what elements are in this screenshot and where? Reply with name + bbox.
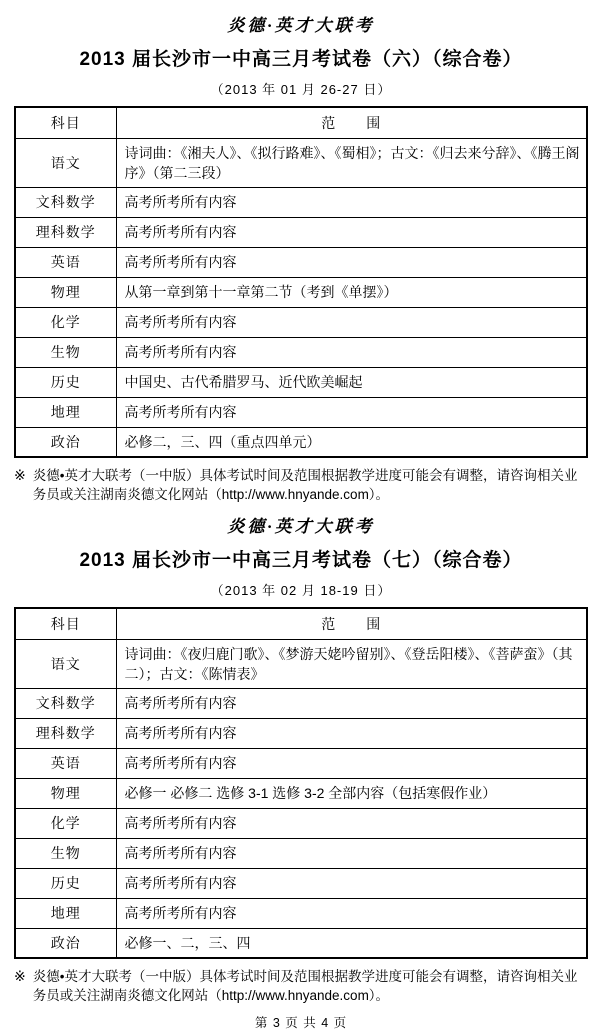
table-row: 化学高考所考所有内容 bbox=[15, 307, 587, 337]
subject-cell: 地理 bbox=[15, 898, 116, 928]
footnote-text: 炎德•英才大联考（一中版）具体考试时间及范围根据教学进度可能会有调整，请咨询相关… bbox=[33, 967, 588, 1005]
table-row: 语文诗词曲：《夜归鹿门歌》、《梦游天姥吟留别》、《登岳阳楼》、《菩萨蛮》（其二）… bbox=[15, 639, 587, 688]
table-row: 历史高考所考所有内容 bbox=[15, 868, 587, 898]
reference-mark-icon: ※ bbox=[14, 466, 26, 504]
subject-cell: 语文 bbox=[15, 639, 116, 688]
scope-cell: 高考所考所有内容 bbox=[116, 397, 587, 427]
exam-section-7: 炎德·英才大联考 2013 届长沙市一中高三月考试卷（七）（综合卷） （2013… bbox=[14, 515, 588, 1005]
subject-cell: 生物 bbox=[15, 337, 116, 367]
table-row: 物理从第一章到第十一章第二节（考到《单摆》） bbox=[15, 277, 587, 307]
table-row: 地理高考所考所有内容 bbox=[15, 898, 587, 928]
table-row: 政治必修二，三、四（重点四单元） bbox=[15, 427, 587, 457]
scope-cell: 高考所考所有内容 bbox=[116, 307, 587, 337]
scope-cell: 高考所考所有内容 bbox=[116, 688, 587, 718]
scope-cell: 高考所考所有内容 bbox=[116, 187, 587, 217]
exam-section-6: 炎德·英才大联考 2013 届长沙市一中高三月考试卷（六）（综合卷） （2013… bbox=[14, 14, 588, 504]
subject-cell: 文科数学 bbox=[15, 688, 116, 718]
subject-cell: 理科数学 bbox=[15, 217, 116, 247]
scope-cell: 高考所考所有内容 bbox=[116, 718, 587, 748]
scope-cell: 诗词曲：《湘夫人》、《拟行路难》、《蜀相》；古文：《归去来兮辞》、《腾王阁序》（… bbox=[116, 138, 587, 187]
table-row: 英语高考所考所有内容 bbox=[15, 247, 587, 277]
scope-cell: 高考所考所有内容 bbox=[116, 898, 587, 928]
document-page: 炎德·英才大联考 2013 届长沙市一中高三月考试卷（六）（综合卷） （2013… bbox=[0, 0, 602, 1034]
table-header: 科目 范 围 bbox=[15, 608, 587, 639]
subject-cell: 理科数学 bbox=[15, 718, 116, 748]
scope-cell: 高考所考所有内容 bbox=[116, 748, 587, 778]
scope-cell: 必修一 必修二 选修 3-1 选修 3-2 全部内容（包括寒假作业） bbox=[116, 778, 587, 808]
scope-cell: 高考所考所有内容 bbox=[116, 337, 587, 367]
brand-title: 炎德·英才大联考 bbox=[14, 14, 588, 38]
scope-column-header: 范 围 bbox=[116, 608, 587, 639]
table-body: 语文诗词曲：《湘夫人》、《拟行路难》、《蜀相》；古文：《归去来兮辞》、《腾王阁序… bbox=[15, 138, 587, 457]
scope-cell: 诗词曲：《夜归鹿门歌》、《梦游天姥吟留别》、《登岳阳楼》、《菩萨蛮》（其二）；古… bbox=[116, 639, 587, 688]
scope-cell: 中国史、古代希腊罗马、近代欧美崛起 bbox=[116, 367, 587, 397]
subject-cell: 文科数学 bbox=[15, 187, 116, 217]
scope-cell: 从第一章到第十一章第二节（考到《单摆》） bbox=[116, 277, 587, 307]
subject-cell: 地理 bbox=[15, 397, 116, 427]
table-row: 语文诗词曲：《湘夫人》、《拟行路难》、《蜀相》；古文：《归去来兮辞》、《腾王阁序… bbox=[15, 138, 587, 187]
subject-cell: 历史 bbox=[15, 868, 116, 898]
subject-column-header: 科目 bbox=[15, 608, 116, 639]
subject-column-header: 科目 bbox=[15, 107, 116, 138]
exam-date: （2013 年 02 月 18-19 日） bbox=[14, 582, 588, 600]
exam-title: 2013 届长沙市一中高三月考试卷（七）（综合卷） bbox=[14, 548, 588, 574]
table-row: 生物高考所考所有内容 bbox=[15, 838, 587, 868]
footnote: ※ 炎德•英才大联考（一中版）具体考试时间及范围根据教学进度可能会有调整，请咨询… bbox=[14, 466, 588, 504]
scope-cell: 高考所考所有内容 bbox=[116, 247, 587, 277]
subject-cell: 政治 bbox=[15, 928, 116, 958]
table-row: 历史中国史、古代希腊罗马、近代欧美崛起 bbox=[15, 367, 587, 397]
table-row: 政治必修一、二，三、四 bbox=[15, 928, 587, 958]
table-header-row: 科目 范 围 bbox=[15, 608, 587, 639]
table-row: 生物高考所考所有内容 bbox=[15, 337, 587, 367]
table-header: 科目 范 围 bbox=[15, 107, 587, 138]
subject-cell: 英语 bbox=[15, 247, 116, 277]
page-number: 第 3 页 共 4 页 bbox=[14, 1013, 588, 1031]
scope-cell: 必修二，三、四（重点四单元） bbox=[116, 427, 587, 457]
subject-cell: 物理 bbox=[15, 277, 116, 307]
table-row: 英语高考所考所有内容 bbox=[15, 748, 587, 778]
table-row: 化学高考所考所有内容 bbox=[15, 808, 587, 838]
table-row: 物理必修一 必修二 选修 3-1 选修 3-2 全部内容（包括寒假作业） bbox=[15, 778, 587, 808]
scope-cell: 高考所考所有内容 bbox=[116, 217, 587, 247]
table-row: 文科数学高考所考所有内容 bbox=[15, 187, 587, 217]
scope-column-header: 范 围 bbox=[116, 107, 587, 138]
exam-date: （2013 年 01 月 26-27 日） bbox=[14, 81, 588, 99]
scope-cell: 高考所考所有内容 bbox=[116, 808, 587, 838]
subject-cell: 政治 bbox=[15, 427, 116, 457]
table-header-row: 科目 范 围 bbox=[15, 107, 587, 138]
subject-cell: 化学 bbox=[15, 808, 116, 838]
footnote: ※ 炎德•英才大联考（一中版）具体考试时间及范围根据教学进度可能会有调整，请咨询… bbox=[14, 967, 588, 1005]
subject-cell: 历史 bbox=[15, 367, 116, 397]
scope-cell: 高考所考所有内容 bbox=[116, 868, 587, 898]
subject-cell: 生物 bbox=[15, 838, 116, 868]
subject-cell: 英语 bbox=[15, 748, 116, 778]
scope-cell: 高考所考所有内容 bbox=[116, 838, 587, 868]
brand-title: 炎德·英才大联考 bbox=[14, 515, 588, 539]
table-row: 文科数学高考所考所有内容 bbox=[15, 688, 587, 718]
scope-cell: 必修一、二，三、四 bbox=[116, 928, 587, 958]
footnote-text: 炎德•英才大联考（一中版）具体考试时间及范围根据教学进度可能会有调整，请咨询相关… bbox=[33, 466, 588, 504]
subject-cell: 语文 bbox=[15, 138, 116, 187]
exam-scope-table-6: 科目 范 围 语文诗词曲：《湘夫人》、《拟行路难》、《蜀相》；古文：《归去来兮辞… bbox=[14, 106, 588, 458]
table-row: 地理高考所考所有内容 bbox=[15, 397, 587, 427]
table-row: 理科数学高考所考所有内容 bbox=[15, 217, 587, 247]
table-body: 语文诗词曲：《夜归鹿门歌》、《梦游天姥吟留别》、《登岳阳楼》、《菩萨蛮》（其二）… bbox=[15, 639, 587, 958]
exam-title: 2013 届长沙市一中高三月考试卷（六）（综合卷） bbox=[14, 47, 588, 73]
exam-scope-table-7: 科目 范 围 语文诗词曲：《夜归鹿门歌》、《梦游天姥吟留别》、《登岳阳楼》、《菩… bbox=[14, 607, 588, 959]
table-row: 理科数学高考所考所有内容 bbox=[15, 718, 587, 748]
subject-cell: 化学 bbox=[15, 307, 116, 337]
subject-cell: 物理 bbox=[15, 778, 116, 808]
reference-mark-icon: ※ bbox=[14, 967, 26, 1005]
